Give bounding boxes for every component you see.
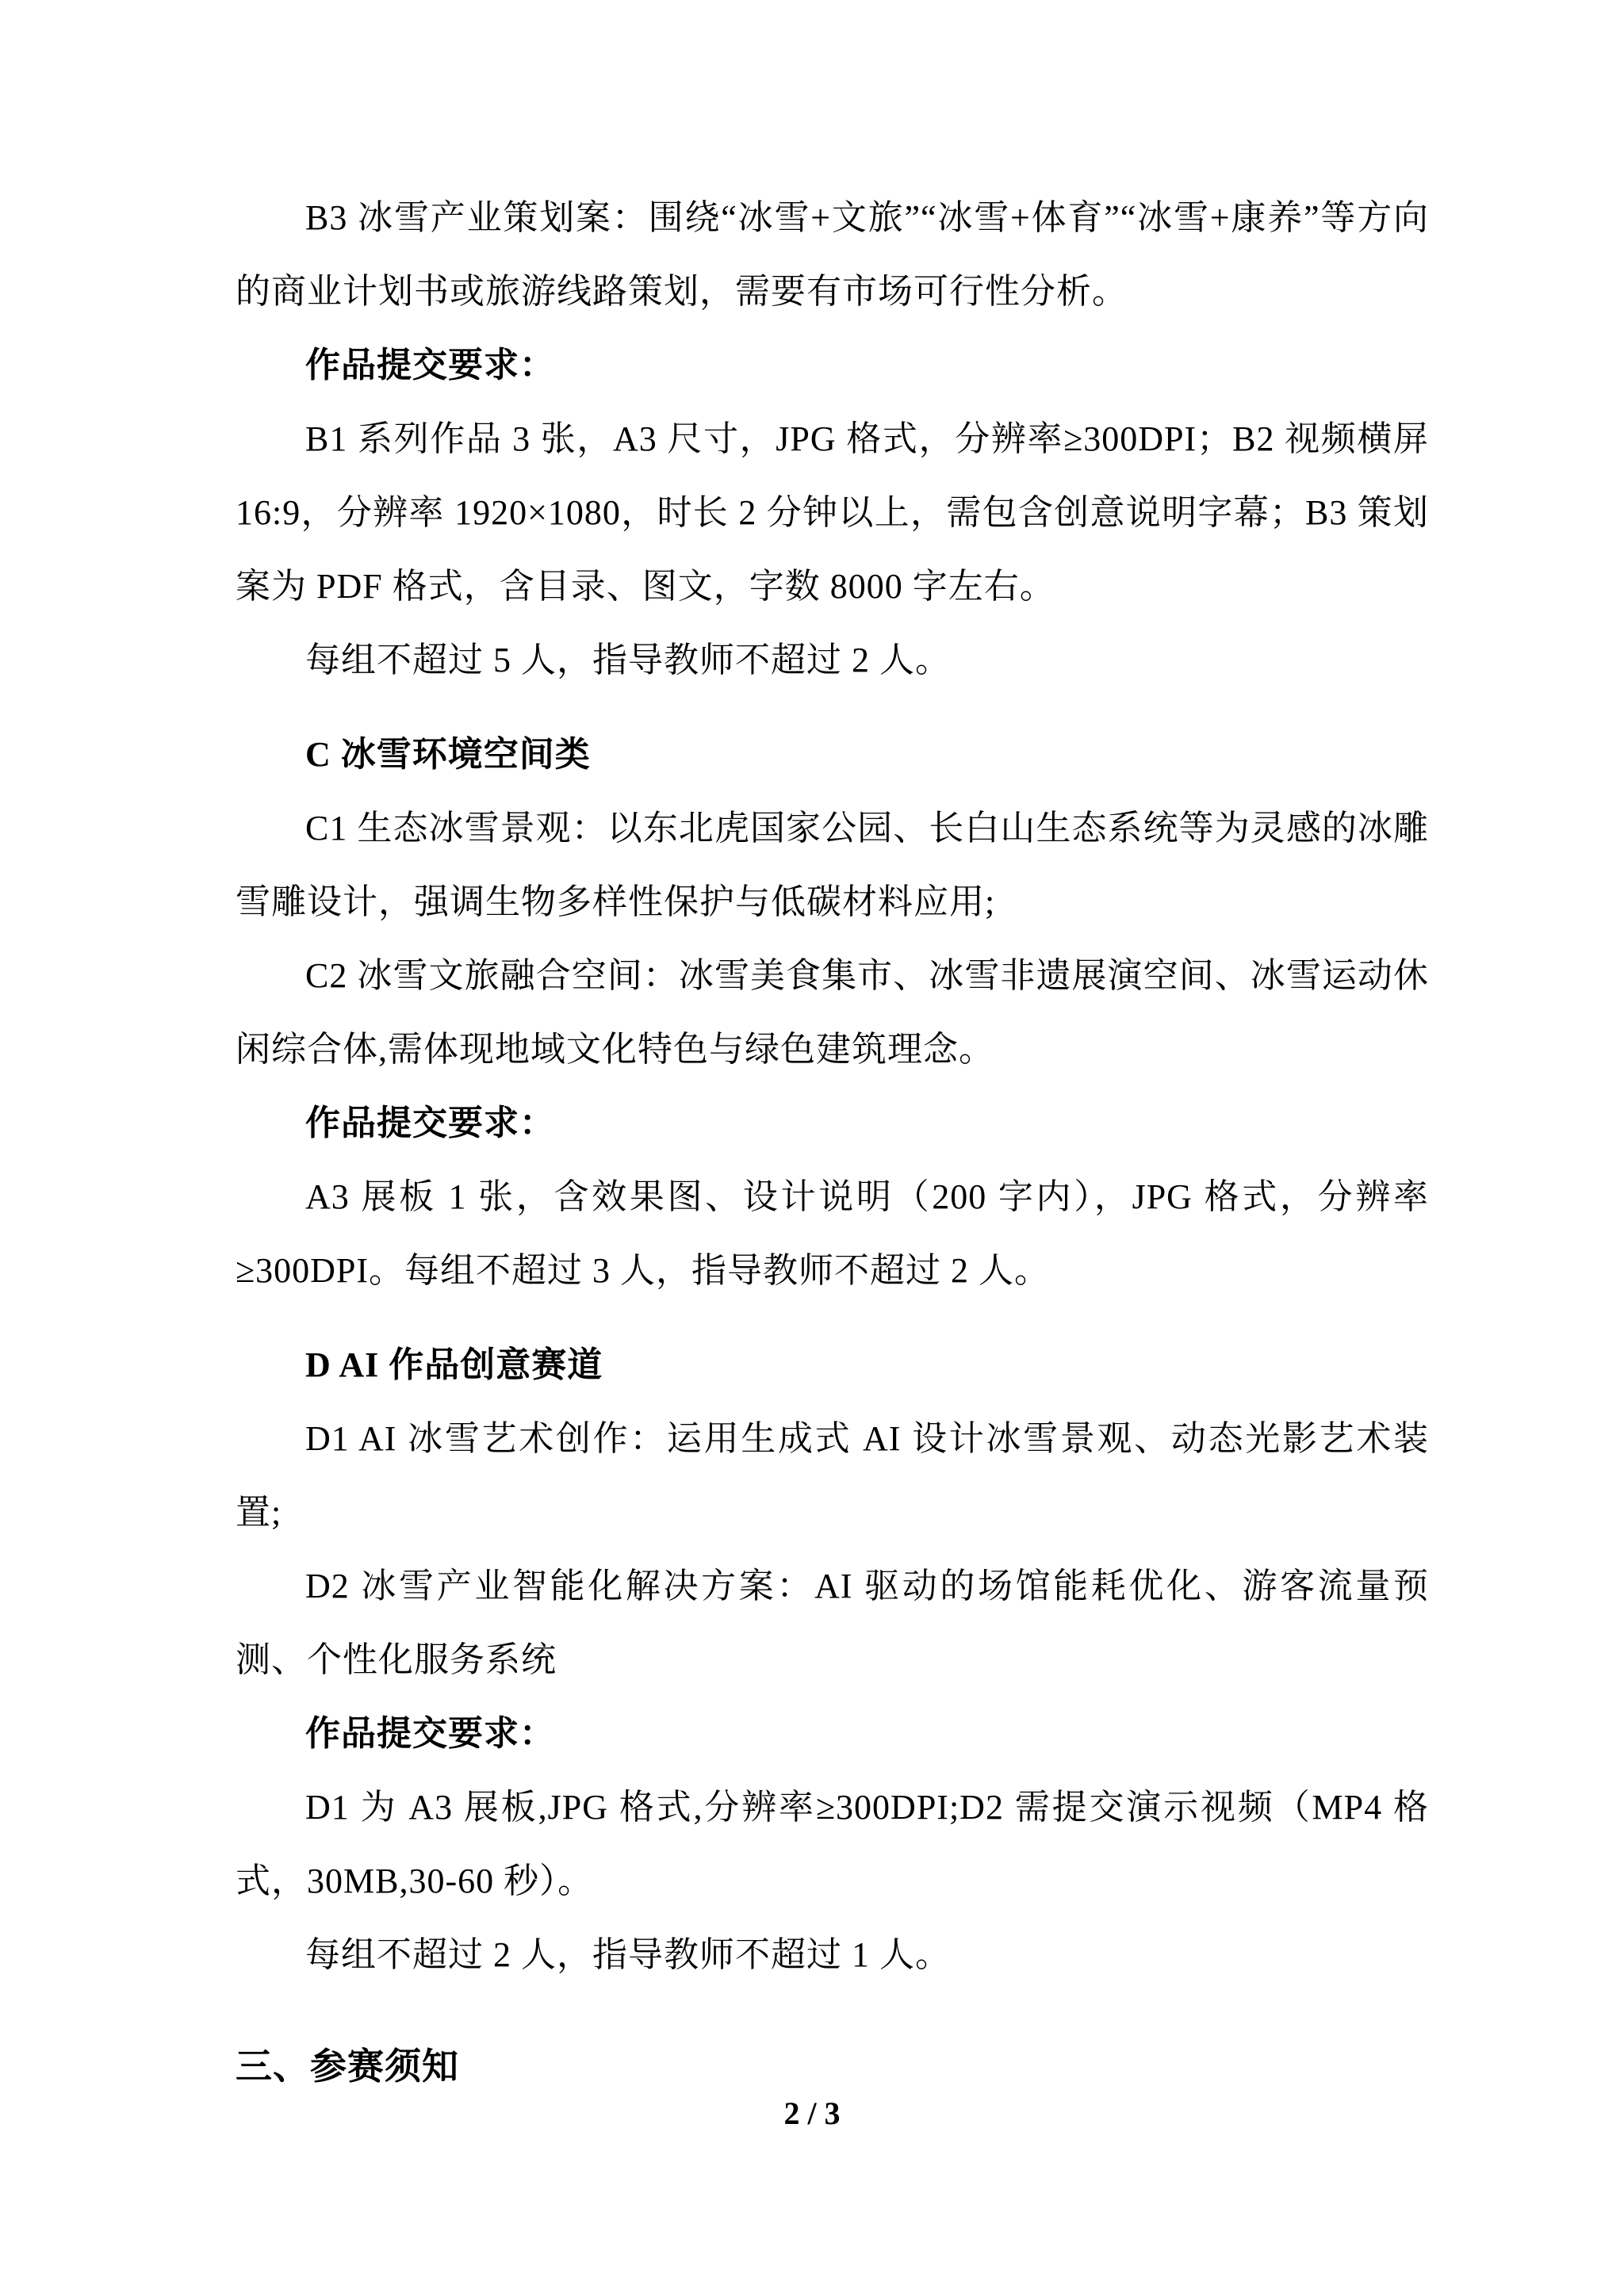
heading-section-notice: 三、参赛须知	[236, 2030, 1429, 2103]
paragraph-d1: D1 AI 冰雪艺术创作：运用生成式 AI 设计冰雪景观、动态光影艺术装置;	[236, 1402, 1429, 1549]
paragraph-b-team-limit: 每组不超过 5 人，指导教师不超过 2 人。	[236, 623, 1429, 697]
paragraph-b3-plan: B3 冰雪产业策划案：围绕“冰雪+文旅”“冰雪+体育”“冰雪+康养”等方向的商业…	[236, 181, 1429, 328]
document-page: B3 冰雪产业策划案：围绕“冰雪+文旅”“冰雪+体育”“冰雪+康养”等方向的商业…	[0, 0, 1624, 2296]
paragraph-d-requirements: D1 为 A3 展板,JPG 格式,分辨率≥300DPI;D2 需提交演示视频（…	[236, 1770, 1429, 1918]
page-number: 2 / 3	[0, 2095, 1624, 2133]
heading-category-d: D AI 作品创意赛道	[236, 1328, 1429, 1402]
paragraph-c1: C1 生态冰雪景观：以东北虎国家公园、长白山生态系统等为灵感的冰雕雪雕设计，强调…	[236, 791, 1429, 939]
document-body: B3 冰雪产业策划案：围绕“冰雪+文旅”“冰雪+体育”“冰雪+康养”等方向的商业…	[236, 181, 1429, 2103]
paragraph-c-requirements: A3 展板 1 张，含效果图、设计说明（200 字内），JPG 格式，分辨率≥3…	[236, 1160, 1429, 1307]
paragraph-d2: D2 冰雪产业智能化解决方案：AI 驱动的场馆能耗优化、游客流量预测、个性化服务…	[236, 1549, 1429, 1697]
heading-submission-requirements-c: 作品提交要求：	[236, 1086, 1429, 1160]
heading-submission-requirements-b: 作品提交要求：	[236, 328, 1429, 402]
paragraph-b-requirements: B1 系列作品 3 张，A3 尺寸，JPG 格式，分辨率≥300DPI；B2 视…	[236, 402, 1429, 623]
heading-submission-requirements-d: 作品提交要求：	[236, 1697, 1429, 1770]
paragraph-c2: C2 冰雪文旅融合空间：冰雪美食集市、冰雪非遗展演空间、冰雪运动休闲综合体,需体…	[236, 939, 1429, 1086]
paragraph-d-team-limit: 每组不超过 2 人，指导教师不超过 1 人。	[236, 1918, 1429, 1992]
heading-category-c: C 冰雪环境空间类	[236, 717, 1429, 791]
